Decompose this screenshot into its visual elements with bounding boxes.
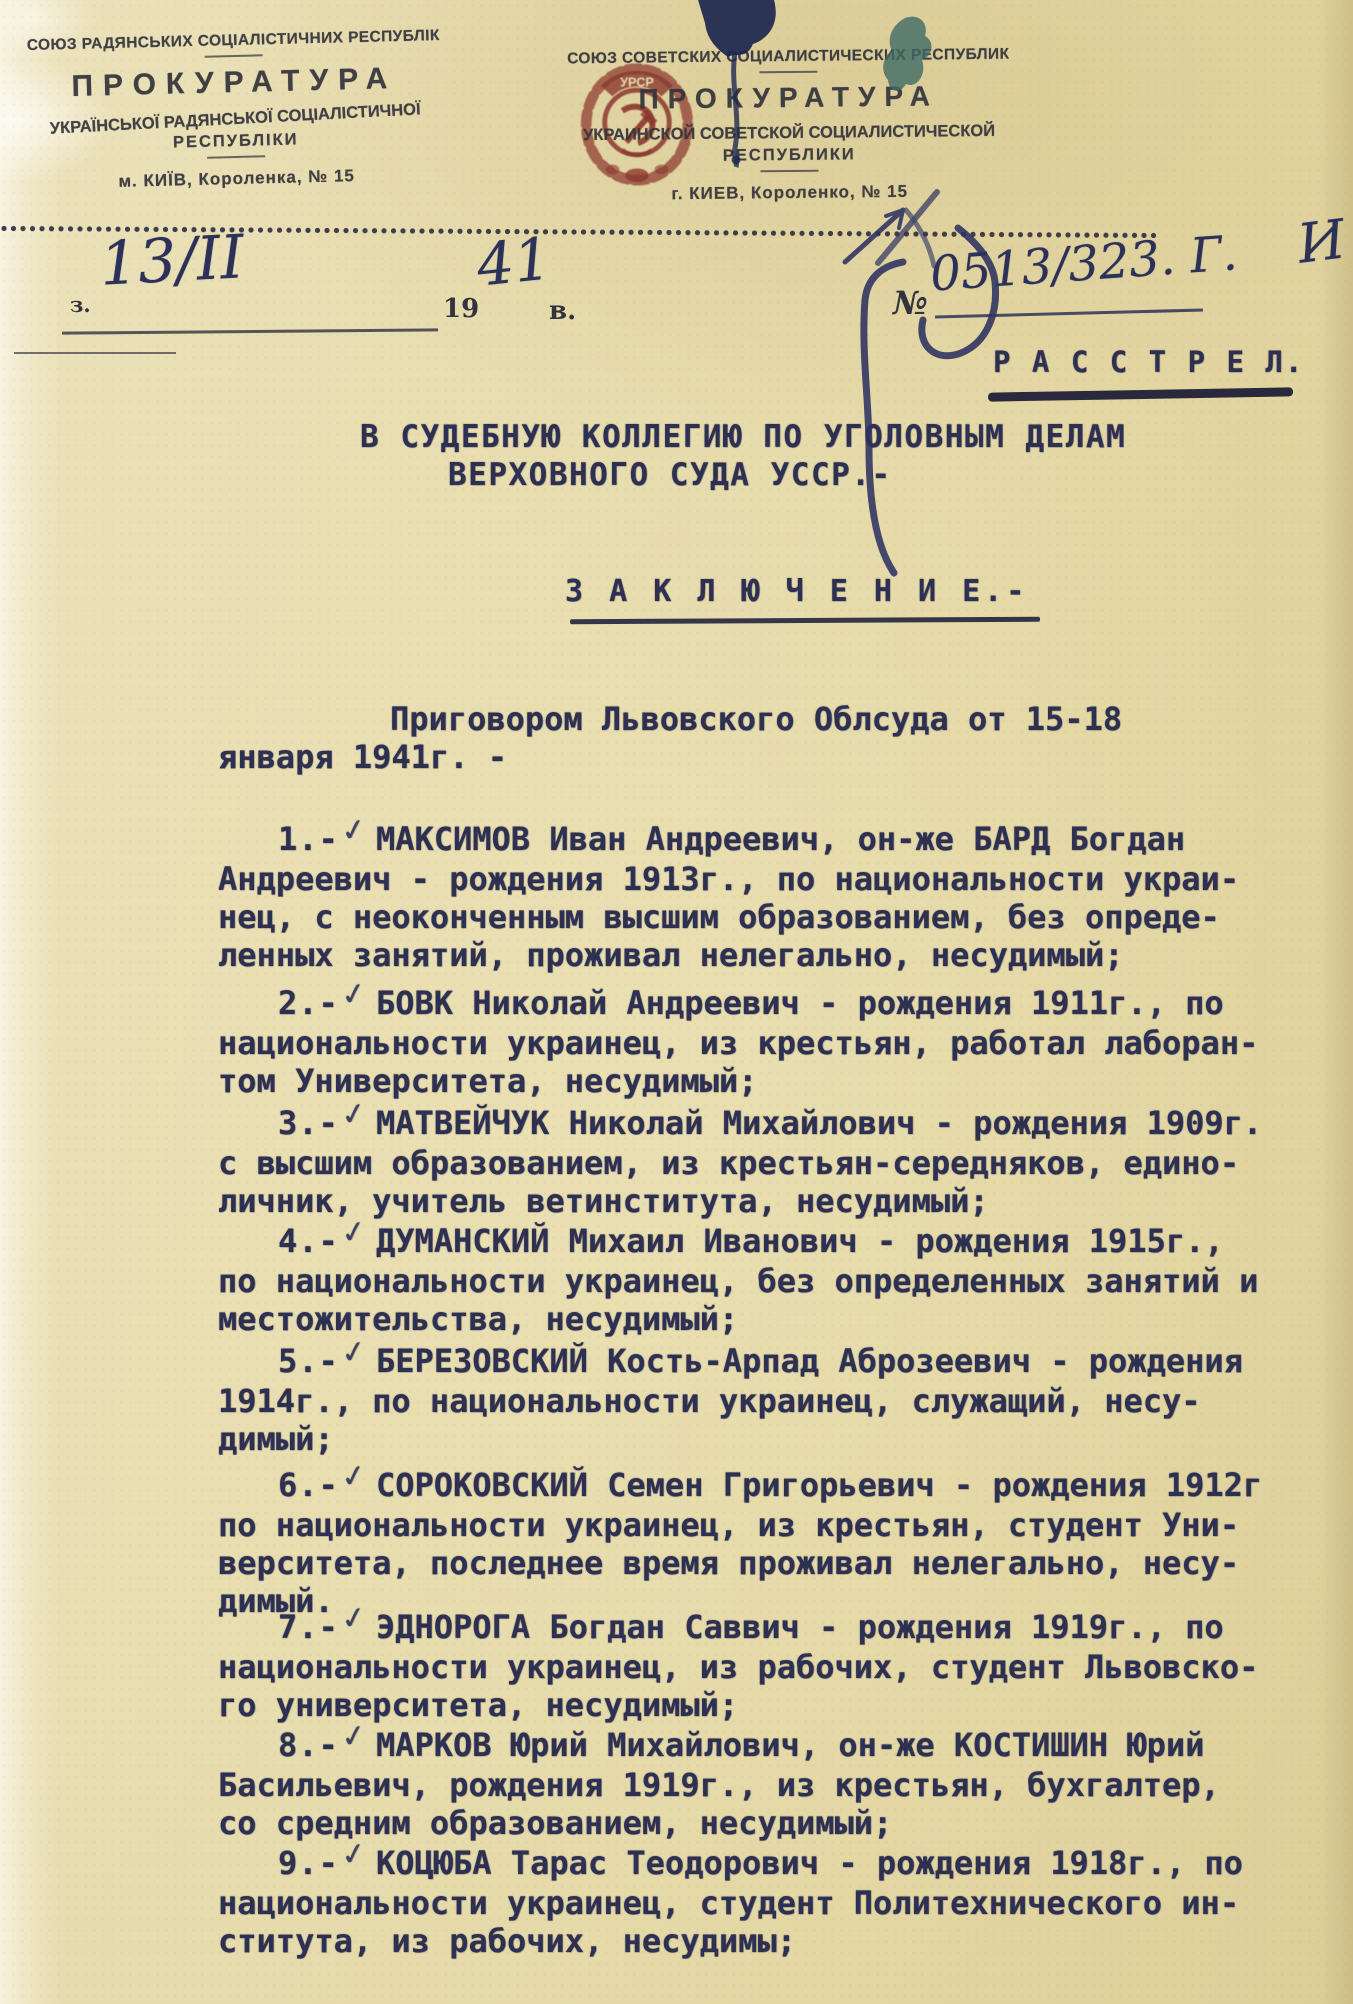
date-rule — [62, 328, 438, 334]
item-text-line: димый; — [218, 1420, 1343, 1458]
item-text-line: БЕРЕЗОВСКИЙ Кость-Арпад Аброзеевич - рож… — [376, 1342, 1243, 1380]
item-number: 3.- — [278, 1104, 339, 1142]
date-suffix: в. — [549, 296, 576, 326]
defendant-item: 5.-✓БЕРЕЗОВСКИЙ Кость-Арпад Аброзеевич -… — [218, 1342, 1343, 1458]
addressee-block: В СУДЕБНУЮ КОЛЛЕГИЮ ПО УГОЛОВНЫМ ДЕЛАМ В… — [360, 418, 1126, 494]
checkmark-icon: ✓ — [338, 1094, 369, 1136]
handwritten-year: 41 — [474, 224, 555, 299]
letterhead-republic-line2: РЕСПУБЛИКИ — [558, 144, 1020, 168]
letterhead-russian: СОЮЗ СОВЕТСКИХ СОЦИАЛИСТИЧЕСКИХ РЕСПУБЛИ… — [557, 46, 1021, 206]
item-text-line: го университета, несудимый; — [218, 1686, 1343, 1724]
item-text-line: национальности украинец, студент Политех… — [218, 1884, 1343, 1922]
item-number: 4.- — [278, 1222, 339, 1260]
item-number: 5.- — [278, 1342, 339, 1380]
item-text-line: ДУМАНСКИЙ Михаил Иванович - рождения 191… — [376, 1222, 1224, 1260]
item-text-line: нец, с неоконченным высшим образованием,… — [218, 898, 1343, 936]
defendant-item: 4.-✓ДУМАНСКИЙ Михаил Иванович - рождения… — [218, 1222, 1343, 1338]
checkmark-icon: ✓ — [338, 974, 369, 1016]
letterhead-divider — [759, 71, 817, 74]
item-number: 9.- — [278, 1844, 339, 1882]
intro-line: Приговором Львовского Облсуда от 15-18 — [218, 700, 1343, 738]
item-text-line: МАКСИМОВ Иван Андреевич, он-же БАРД Богд… — [376, 820, 1185, 858]
defendant-item: 1.-✓МАКСИМОВ Иван Андреевич, он-же БАРД … — [218, 820, 1343, 974]
defendant-item: 8.-✓МАРКОВ Юрий Михайлович, он-же КОСТИШ… — [218, 1726, 1343, 1842]
item-number: 6.- — [278, 1466, 339, 1504]
checkmark-icon: ✓ — [338, 1332, 369, 1374]
printed-year-prefix: 19 — [443, 294, 479, 324]
letterhead-country-line: СОЮЗ СОВЕТСКИХ СОЦИАЛИСТИЧЕСКИХ РЕСПУБЛИ… — [557, 46, 1019, 69]
title-underline — [570, 617, 1040, 624]
item-text-line: СОРОКОВСКИЙ Семен Григорьевич - рождения… — [376, 1466, 1262, 1504]
intro-paragraph: Приговором Львовского Облсуда от 15-18 я… — [218, 700, 1343, 776]
checkmark-icon: ✓ — [338, 810, 369, 852]
letterhead-divider — [205, 54, 263, 57]
number-sign: № — [893, 284, 928, 322]
item-text-line: ЭДНОРОГА Богдан Саввич - рождения 1919г.… — [376, 1608, 1224, 1646]
intro-line: января 1941г. - — [218, 738, 1343, 776]
item-text-line: с высшим образованием, из крестьян-серед… — [218, 1144, 1343, 1182]
item-text-line: Басильевич, рождения 1919г., из крестьян… — [218, 1766, 1343, 1804]
handwritten-day-month: 13/II — [98, 222, 245, 299]
letterhead-divider — [760, 170, 818, 173]
letterhead-address: г. КИЕВ, Короленко, № 15 — [559, 181, 1021, 206]
item-text-line: по национальности украинец, без определе… — [218, 1262, 1343, 1300]
letterhead-org-name: ПРОКУРАТУРА — [25, 61, 444, 105]
item-text-line: МАРКОВ Юрий Михайлович, он-же КОСТИШИН Ю… — [376, 1726, 1204, 1764]
item-text-line: 1914г., по национальности украинец, служ… — [218, 1382, 1343, 1420]
execution-verdict-label: Р А С С Т Р Е Л. — [993, 345, 1304, 379]
item-text-line: Андреевич - рождения 1913г., по национал… — [218, 860, 1343, 898]
date-rule-secondary — [14, 352, 176, 354]
letterhead-address: м. КИЇВ, Короленка, № 15 — [27, 164, 445, 194]
item-text-line: местожительства, несудимый; — [218, 1300, 1343, 1338]
item-text-line: ститута, из рабочих, несудимы; — [218, 1922, 1343, 1960]
item-text-line: том Университета, несудимый; — [218, 1062, 1343, 1100]
document-page: СОЮЗ РАДЯНСЬКИХ СОЦІАЛІСТИЧНИХ РЕСПУБЛІК… — [0, 0, 1353, 2004]
defendant-item: 6.-✓СОРОКОВСКИЙ Семен Григорьевич - рожд… — [218, 1466, 1343, 1620]
item-text-line: национальности украинец, из рабочих, сту… — [218, 1648, 1343, 1686]
checkmark-icon: ✓ — [338, 1456, 369, 1498]
letterhead-org-name: ПРОКУРАТУРА — [558, 80, 1020, 117]
item-text-line: КОЦЮБА Тарас Теодорович - рождения 1918г… — [376, 1844, 1243, 1882]
letterhead-ukrainian: СОЮЗ РАДЯНСЬКИХ СОЦІАЛІСТИЧНИХ РЕСПУБЛІК… — [24, 27, 446, 194]
defendant-item: 2.-✓БОВК Николай Андреевич - рождения 19… — [218, 984, 1343, 1100]
item-number: 2.- — [278, 984, 339, 1022]
item-text-line: БОВК Николай Андреевич - рождения 1911г.… — [376, 984, 1224, 1022]
item-text-line: со средним образованием, несудимый; — [218, 1804, 1343, 1842]
item-number: 1.- — [278, 820, 339, 858]
item-text-line: по национальности украинец, из крестьян,… — [218, 1506, 1343, 1544]
item-text-line: национальности украинец, из крестьян, ра… — [218, 1024, 1343, 1062]
letterhead-divider — [207, 155, 265, 158]
item-number: 7.- — [278, 1608, 339, 1646]
addressee-line: В СУДЕБНУЮ КОЛЛЕГИЮ ПО УГОЛОВНЫМ ДЕЛАМ — [360, 418, 1126, 456]
defendant-item: 7.-✓ЭДНОРОГА Богдан Саввич - рождения 19… — [218, 1608, 1343, 1724]
item-text-line: МАТВЕЙЧУК Николай Михайлович - рождения … — [376, 1104, 1262, 1142]
item-text-line: ленных занятий, проживал нелегально, нес… — [218, 936, 1343, 974]
letterhead-republic-line: УКРАИНСКОЙ СОВЕТСКОЙ СОЦИАЛИСТИЧЕСКОЙ — [558, 122, 1020, 146]
date-prefix: з. — [70, 292, 91, 317]
execution-verdict-underline — [988, 387, 1293, 401]
letterhead-country-line: СОЮЗ РАДЯНСЬКИХ СОЦІАЛІСТИЧНИХ РЕСПУБЛІК — [24, 27, 442, 55]
item-number: 8.- — [278, 1726, 339, 1764]
item-text-line: личник, учитель ветинститута, несудимый; — [218, 1182, 1343, 1220]
number-underline — [935, 308, 1203, 318]
document-title: З А К Л Ю Ч Е Н И Е.- — [565, 574, 1028, 609]
item-text-line: верситета, последнее время проживал неле… — [218, 1544, 1343, 1582]
defendant-item: 3.-✓МАТВЕЙЧУК Николай Михайлович - рожде… — [218, 1104, 1343, 1220]
addressee-line: ВЕРХОВНОГО СУДА УССР.- — [360, 456, 1126, 494]
handwritten-number-tail: И — [1294, 207, 1348, 275]
defendant-item: 9.-✓КОЦЮБА Тарас Теодорович - рождения 1… — [218, 1844, 1343, 1960]
